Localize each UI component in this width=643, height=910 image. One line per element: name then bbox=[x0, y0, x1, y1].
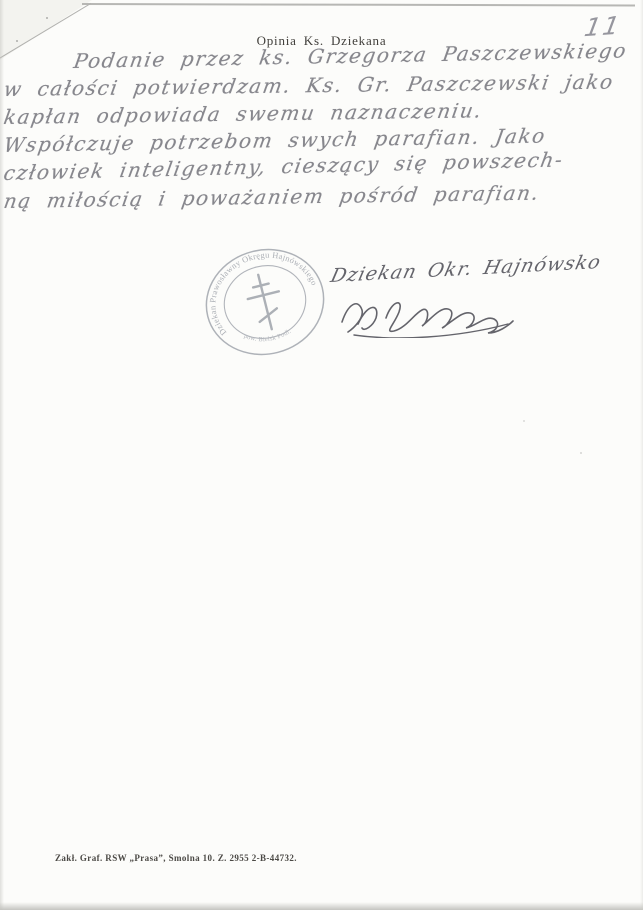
signature-title-line: Dziekan Okr. Hajnówsko bbox=[328, 252, 576, 287]
handwritten-opinion-text: Podanie przez ks. Grzegorza Paszczewskie… bbox=[4, 47, 640, 215]
stamp-bottom-text: pow. Bielsk Podl. bbox=[241, 322, 293, 349]
printer-imprint: Zakł. Graf. RSW „Prasa”, Smolna 10. Z. 2… bbox=[55, 853, 297, 863]
signature-scrawl-graphic bbox=[336, 292, 526, 338]
scan-bottom-shadow bbox=[0, 902, 643, 910]
scanned-document-page: 11 Opinia Ks. Dziekana Podanie przez ks.… bbox=[0, 0, 643, 910]
dean-round-stamp: Dziekan Prawosławny Okręgu Hajnówskiego … bbox=[188, 232, 341, 372]
illegible-signature-scrawl bbox=[336, 292, 526, 343]
ink-speck bbox=[580, 452, 582, 454]
ink-speck bbox=[523, 420, 525, 422]
ink-speck bbox=[46, 17, 48, 19]
scan-top-edge-line bbox=[82, 3, 635, 6]
stamp-graphic: Dziekan Prawosławny Okręgu Hajnówskiego … bbox=[188, 232, 341, 372]
orthodox-cross-icon bbox=[243, 271, 288, 333]
